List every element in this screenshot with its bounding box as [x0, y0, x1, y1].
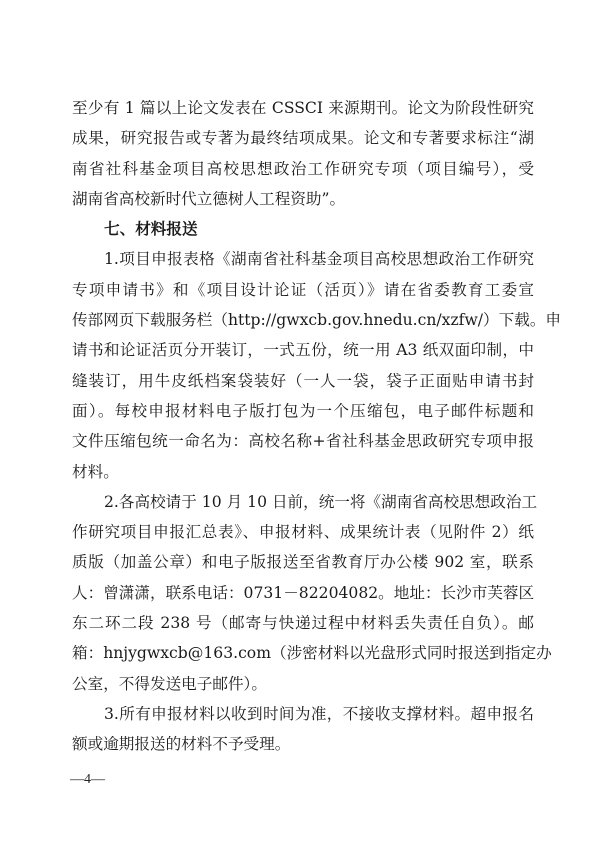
text-line: 3.所有申报材料以收到时间为准，不接收支撑材料。超申报名: [72, 699, 534, 729]
text-line: 缝装订，用牛皮纸档案袋装好（一人一袋，袋子正面贴申请书封: [72, 366, 534, 396]
text-line: 人：曾潇潇，联系电话：0731－82204082。地址：长沙市芙蓉区: [72, 578, 534, 608]
text-line: 额或逾期报送的材料不予受理。: [72, 729, 534, 759]
text-line: 2.各高校请于 10 月 10 日前，统一将《湖南省高校思想政治工: [72, 487, 534, 517]
page-number: —4—: [70, 772, 105, 788]
paragraph-item-3: 3.所有申报材料以收到时间为准，不接收支撑材料。超申报名 额或逾期报送的材料不予…: [72, 699, 534, 760]
text-line: 材料。: [72, 457, 534, 487]
text-line: 公室，不得发送电子邮件）。: [72, 669, 534, 699]
paragraph-item-2: 2.各高校请于 10 月 10 日前，统一将《湖南省高校思想政治工 作研究项目申…: [72, 487, 534, 699]
text-line: 南省社科基金项目高校思想政治工作研究专项（项目编号），受: [72, 154, 534, 184]
text-line: 面）。每校申报材料电子版打包为一个压缩包，电子邮件标题和: [72, 396, 534, 426]
text-line: 专项申请书》和《项目设计论证（活页）》请在省委教育工委宣: [72, 275, 534, 305]
section-heading: 七、材料报送: [72, 214, 534, 244]
paragraph-research-outcome: 至少有 1 篇以上论文发表在 CSSCI 来源期刊。论文为阶段性研究 成果，研究…: [72, 93, 534, 214]
text-line: 东二环二段 238 号（邮寄与快递过程中材料丢失责任自负）。邮: [72, 608, 534, 638]
text-line: 作研究项目申报汇总表》、申报材料、成果统计表（见附件 2）纸: [72, 517, 534, 547]
text-line: 箱：hnjygwxcb@163.com（涉密材料以光盘形式同时报送到指定办: [72, 638, 534, 668]
document-page: 至少有 1 篇以上论文发表在 CSSCI 来源期刊。论文为阶段性研究 成果，研究…: [72, 93, 534, 760]
text-line: 文件压缩包统一命名为：高校名称+省社科基金思政研究专项申报: [72, 426, 534, 456]
text-line: 传部网页下载服务栏（http://gwxcb.gov.hnedu.cn/xzfw…: [72, 305, 534, 335]
text-line: 质版（加盖公章）和电子版报送至省教育厅办公楼 902 室，联系: [72, 547, 534, 577]
text-line: 至少有 1 篇以上论文发表在 CSSCI 来源期刊。论文为阶段性研究: [72, 93, 534, 123]
text-line: 请书和论证活页分开装订，一式五份，统一用 A3 纸双面印制，中: [72, 335, 534, 365]
text-line: 成果，研究报告或专著为最终结项成果。论文和专著要求标注“湖: [72, 123, 534, 153]
text-line: 1.项目申报表格《湖南省社科基金项目高校思想政治工作研究: [72, 244, 534, 274]
paragraph-item-1: 1.项目申报表格《湖南省社科基金项目高校思想政治工作研究 专项申请书》和《项目设…: [72, 244, 534, 486]
text-line: 湖南省高校新时代立德树人工程资助”。: [72, 184, 534, 214]
